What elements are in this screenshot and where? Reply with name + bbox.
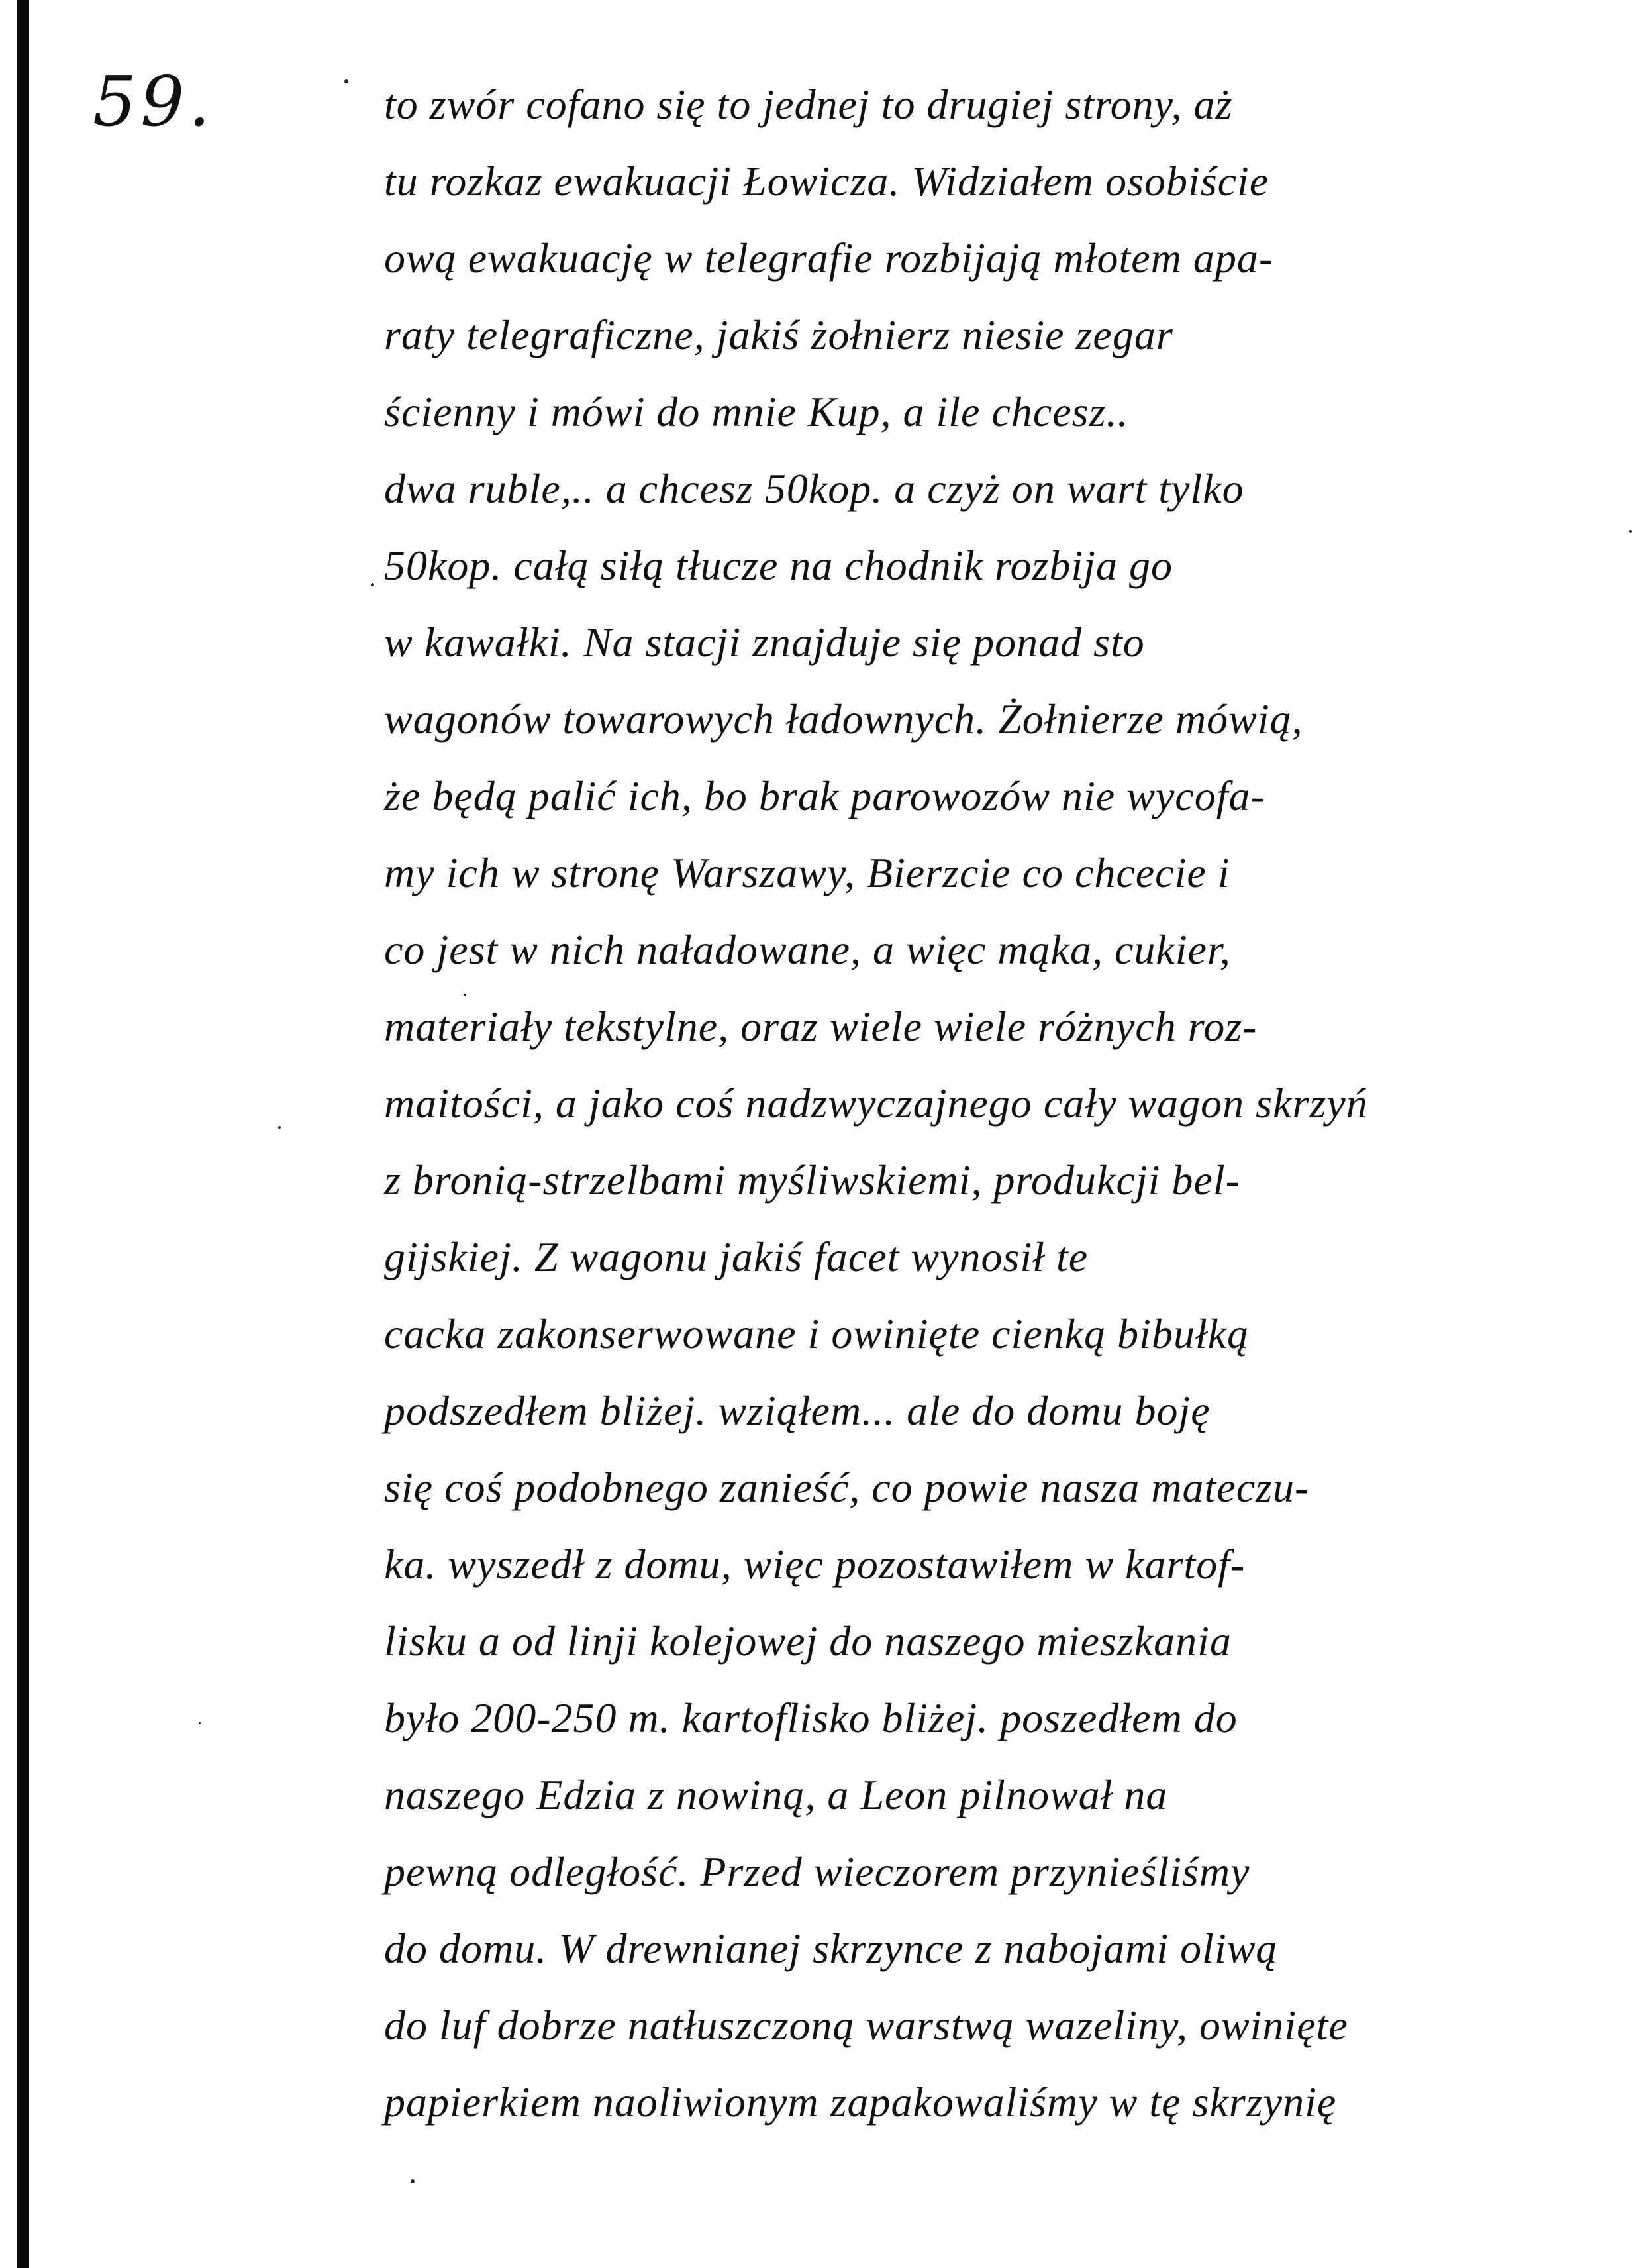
handwritten-body: to zwór cofano się to jednej to drugiej …: [384, 66, 1583, 2141]
scan-speck: [411, 2179, 415, 2183]
text-line: ową ewakuację w telegrafie rozbijają mło…: [384, 220, 1583, 297]
text-line: naszego Edzia z nowiną, a Leon pilnował …: [384, 1757, 1583, 1833]
text-line: 50kop. całą siłą tłucze na chodnik rozbi…: [384, 527, 1583, 604]
left-margin-rule: [17, 0, 29, 2268]
text-line: gijskiej. Z wagonu jakiś facet wynosił t…: [384, 1219, 1583, 1296]
scan-speck: [464, 994, 466, 996]
text-line: my ich w stronę Warszawy, Bierzcie co ch…: [384, 835, 1583, 911]
text-line: z bronią-strzelbami myśliwskiemi, produk…: [384, 1142, 1583, 1219]
text-line: było 200-250 m. kartoflisko bliżej. posz…: [384, 1680, 1583, 1757]
scan-speck: [1629, 530, 1632, 533]
text-line: raty telegraficzne, jakiś żołnierz niesi…: [384, 297, 1583, 374]
scan-speck: [199, 1722, 201, 1724]
text-line: do domu. W drewnianej skrzynce z nabojam…: [384, 1910, 1583, 1987]
text-line: papierkiem naoliwionym zapakowaliśmy w t…: [384, 2064, 1583, 2141]
text-line: że będą palić ich, bo brak parowozów nie…: [384, 758, 1583, 835]
text-line: wagonów towarowych ładownych. Żołnierze …: [384, 681, 1583, 758]
text-line: to zwór cofano się to jednej to drugiej …: [384, 66, 1583, 143]
text-line: ścienny i mówi do mnie Kup, a ile chcesz…: [384, 374, 1583, 450]
text-line: w kawałki. Na stacji znajduje się ponad …: [384, 604, 1583, 681]
text-line: tu rozkaz ewakuacji Łowicza. Widziałem o…: [384, 143, 1583, 220]
text-line: co jest w nich naładowane, a więc mąka, …: [384, 911, 1583, 988]
text-line: się coś podobnego zanieść, co powie nasz…: [384, 1449, 1583, 1526]
scan-speck: [344, 79, 348, 83]
text-line: lisku a od linji kolejowej do naszego mi…: [384, 1603, 1583, 1680]
text-line: ka. wyszedł z domu, więc pozostawiłem w …: [384, 1526, 1583, 1603]
text-line: do luf dobrze natłuszczoną warstwą wazel…: [384, 1987, 1583, 2064]
scan-speck: [278, 1126, 281, 1129]
scan-speck: [371, 583, 374, 586]
page-number: 59.: [93, 61, 214, 142]
text-line: pewną odległość. Przed wieczorem przynie…: [384, 1833, 1583, 1910]
text-line: dwa ruble,.. a chcesz 50kop. a czyż on w…: [384, 450, 1583, 527]
text-line: maitości, a jako coś nadzwyczajnego cały…: [384, 1065, 1583, 1142]
text-line: podszedłem bliżej. wziąłem... ale do dom…: [384, 1372, 1583, 1449]
text-line: materiały tekstylne, oraz wiele wiele ró…: [384, 988, 1583, 1065]
text-line: cacka zakonserwowane i owinięte cienką b…: [384, 1296, 1583, 1372]
